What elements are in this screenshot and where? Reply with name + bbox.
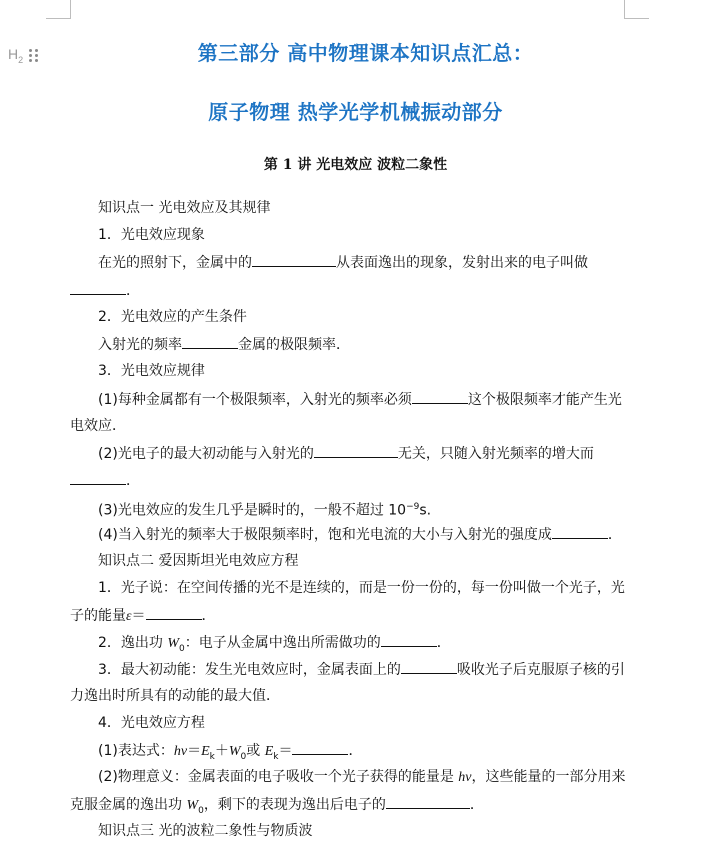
fill-blank[interactable] bbox=[70, 280, 126, 295]
paragraph: (2)光电子的最大初动能与入射光的无关，只随入射光频率的增大而 bbox=[70, 443, 640, 464]
page-corner-mark-top-left bbox=[46, 0, 71, 19]
knowledge-point-3-heading: 知识点三 光的波粒二象性与物质波 bbox=[70, 821, 640, 841]
fill-blank[interactable] bbox=[252, 252, 336, 267]
paragraph: 在光的照射下，金属中的从表面逸出的现象，发射出来的电子叫做 bbox=[70, 252, 640, 273]
paragraph: 2．逸出功 W0：电子从金属中逸出所需做功的． bbox=[70, 632, 640, 659]
paragraph: (2)物理意义：金属表面的电子吸收一个光子获得的能量是 hν，这些能量的一部分用… bbox=[70, 767, 640, 788]
fill-blank[interactable] bbox=[386, 794, 470, 809]
fill-blank[interactable] bbox=[70, 470, 126, 485]
page-corner-mark-top-right bbox=[624, 0, 649, 19]
paragraph: 1．光子说：在空间传播的光不是连续的，而是一份一份的，每一份叫做一个光子，光 bbox=[70, 578, 640, 598]
fill-blank[interactable] bbox=[146, 605, 202, 620]
paragraph-continuation: 子的能量ε＝． bbox=[70, 605, 640, 627]
knowledge-point-2-heading: 知识点二 爱因斯坦光电效应方程 bbox=[70, 551, 640, 571]
knowledge-point-1-heading: 知识点一 光电效应及其规律 bbox=[70, 198, 640, 218]
section-heading: 4．光电效应方程 bbox=[70, 713, 640, 733]
paragraph-continuation: 力逸出时所具有的动能的最大值． bbox=[70, 686, 640, 706]
section-heading: 3．光电效应规律 bbox=[70, 361, 640, 381]
document-title: 第三部分 高中物理课本知识点汇总： bbox=[0, 37, 711, 66]
paragraph-continuation: 克服金属的逸出功 W0，剩下的表现为逸出后电子的． bbox=[70, 794, 640, 821]
paragraph-continuation: ． bbox=[70, 280, 640, 301]
paragraph: 入射光的频率金属的极限频率． bbox=[70, 334, 640, 355]
paragraph: 3．最大初动能：发生光电效应时，金属表面上的吸收光子后克服原子核的引 bbox=[70, 659, 640, 680]
paragraph-continuation: ． bbox=[70, 470, 640, 491]
paragraph: (1)表达式：hν＝Ek＋W0或 Ek＝． bbox=[70, 740, 640, 767]
paragraph: (1)每种金属都有一个极限频率，入射光的频率必须这个极限频率才能产生光 bbox=[70, 389, 640, 410]
fill-blank[interactable] bbox=[314, 443, 398, 458]
fill-blank[interactable] bbox=[381, 632, 437, 647]
paragraph-continuation: 电效应． bbox=[70, 416, 640, 436]
fill-blank[interactable] bbox=[182, 334, 238, 349]
lecture-heading: 第 1 讲 光电效应 波粒二象性 bbox=[0, 154, 711, 174]
fill-blank[interactable] bbox=[412, 389, 468, 404]
section-heading: 2．光电效应的产生条件 bbox=[70, 307, 640, 327]
fill-blank[interactable] bbox=[401, 659, 457, 674]
document-subtitle: 原子物理 热学光学机械振动部分 bbox=[0, 96, 711, 125]
fill-blank[interactable] bbox=[292, 740, 348, 755]
fill-blank[interactable] bbox=[552, 524, 608, 539]
section-heading: 1．光电效应现象 bbox=[70, 225, 640, 245]
paragraph: (3)光电效应的发生几乎是瞬时的，一般不超过 10−9s. bbox=[70, 497, 640, 521]
paragraph: (4)当入射光的频率大于极限频率时，饱和光电流的大小与入射光的强度成． bbox=[70, 524, 640, 545]
